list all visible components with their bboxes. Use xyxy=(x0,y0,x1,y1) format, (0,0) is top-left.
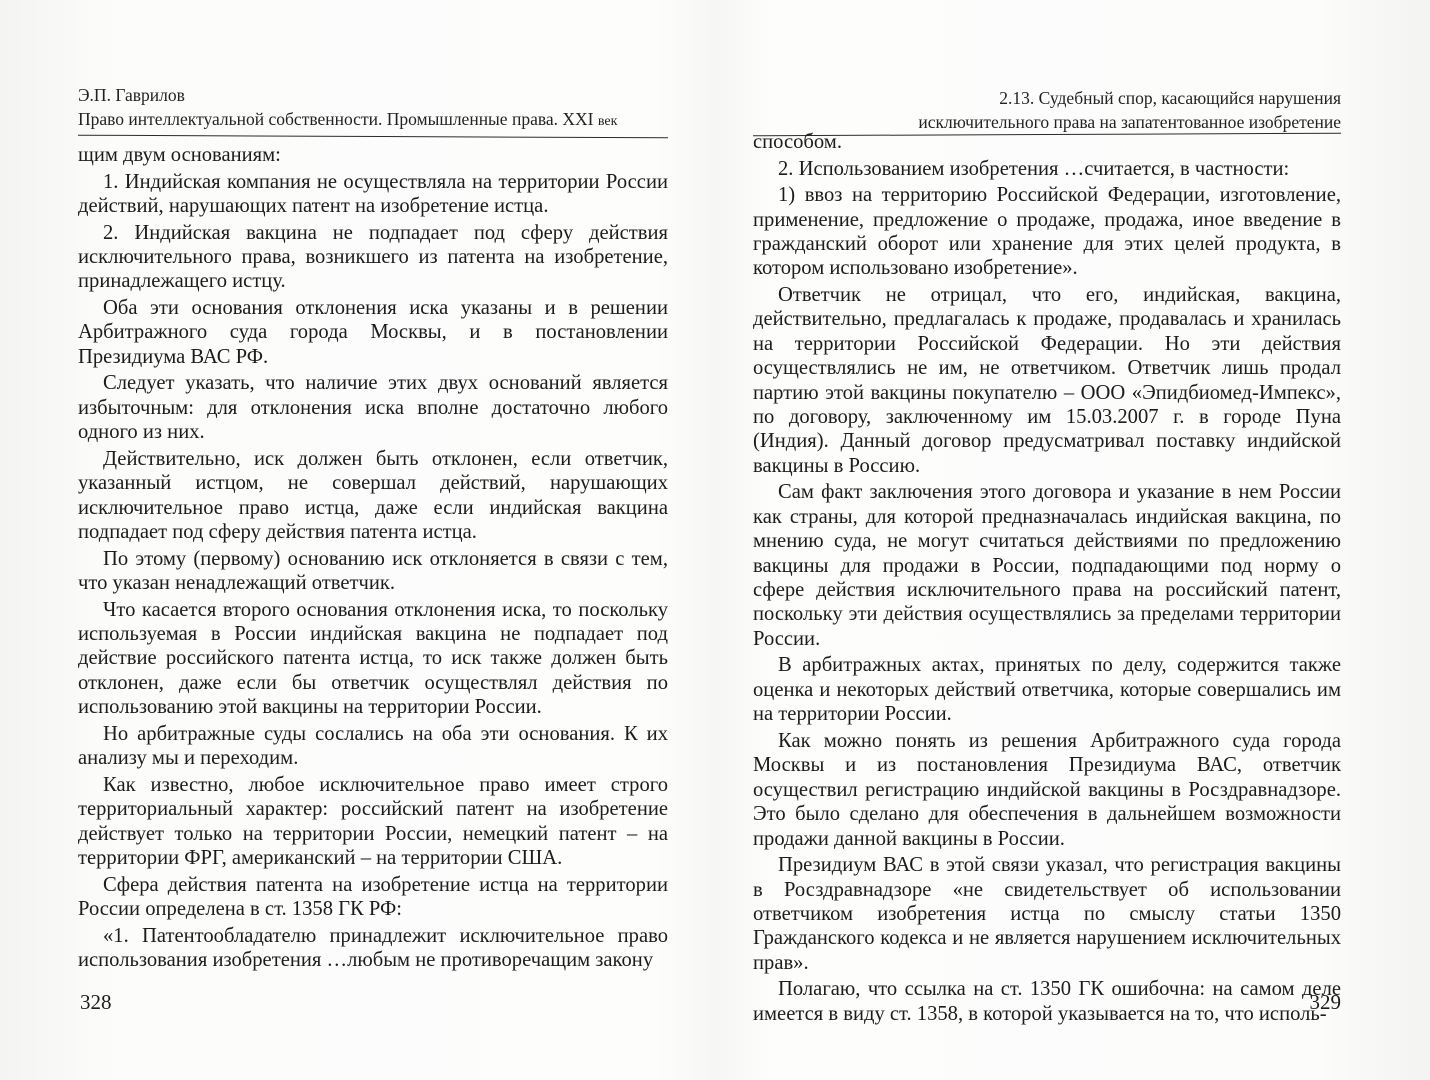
paragraph: В арбитражных актах, принятых по делу, с… xyxy=(753,653,1341,726)
paragraph: Как известно, любое исключительное право… xyxy=(78,773,668,871)
running-head-title-main: Право интеллектуальной собственности. Пр… xyxy=(78,109,594,129)
paragraph: 1) ввоз на территорию Российской Федерац… xyxy=(753,183,1341,281)
paragraph: Ответчик не отрицал, что его, индийская,… xyxy=(753,283,1341,478)
paragraph: Президиум ВАС в этой связи указал, что р… xyxy=(753,853,1341,975)
right-running-head: 2.13. Судебный спор, касающийся нарушени… xyxy=(753,86,1341,134)
running-head-section-title: 2.13. Судебный спор, касающийся нарушени… xyxy=(753,86,1341,110)
paragraph: Действительно, иск должен быть отклонен,… xyxy=(78,447,668,545)
left-body-text: щим двум основаниям: 1. Индийская компан… xyxy=(78,143,668,975)
paragraph: Следует указать, что наличие этих двух о… xyxy=(78,371,668,444)
left-running-head: Э.П. Гаврилов Право интеллектуальной соб… xyxy=(78,83,668,134)
paragraph: По этому (первому) основанию иск отклоня… xyxy=(78,547,668,596)
paragraph: Как можно понять из решения Арбитражного… xyxy=(753,729,1341,851)
paragraph: Но арбитражные суды сослались на оба эти… xyxy=(78,722,668,771)
right-body-text: способом. 2. Использованием изобретения … xyxy=(753,130,1341,1028)
paragraph: Оба эти основания отклонения иска указан… xyxy=(78,296,668,369)
paragraph: Что касается второго основания отклонени… xyxy=(78,598,668,720)
header-rule xyxy=(78,135,668,139)
page-number: 328 xyxy=(80,990,112,1015)
paragraph: «1. Патентообладателю принадлежит исключ… xyxy=(78,924,668,973)
paragraph: Сфера действия патента на изобретение ис… xyxy=(78,873,668,922)
paragraph: Сам факт заключения этого договора и ука… xyxy=(753,480,1341,651)
right-page: 2.13. Судебный спор, касающийся нарушени… xyxy=(753,0,1341,1080)
left-page: Э.П. Гаврилов Право интеллектуальной соб… xyxy=(78,0,668,1080)
book-spread: Э.П. Гаврилов Право интеллектуальной соб… xyxy=(0,0,1430,1080)
paragraph: Полагаю, что ссылка на ст. 1350 ГК ошибо… xyxy=(753,977,1341,1026)
paragraph: 2. Использованием изобретения …считается… xyxy=(753,157,1341,181)
paragraph: способом. xyxy=(753,130,1341,154)
page-number: 329 xyxy=(1310,990,1342,1015)
running-head-book-title: Право интеллектуальной собственности. Пр… xyxy=(78,107,668,134)
running-head-author: Э.П. Гаврилов xyxy=(78,83,668,107)
paragraph: щим двум основаниям: xyxy=(78,143,668,167)
paragraph: 2. Индийская вакцина не подпадает под сф… xyxy=(78,221,668,294)
running-head-title-suffix: век xyxy=(598,114,618,129)
paragraph: 1. Индийская компания не осуществляла на… xyxy=(78,170,668,219)
